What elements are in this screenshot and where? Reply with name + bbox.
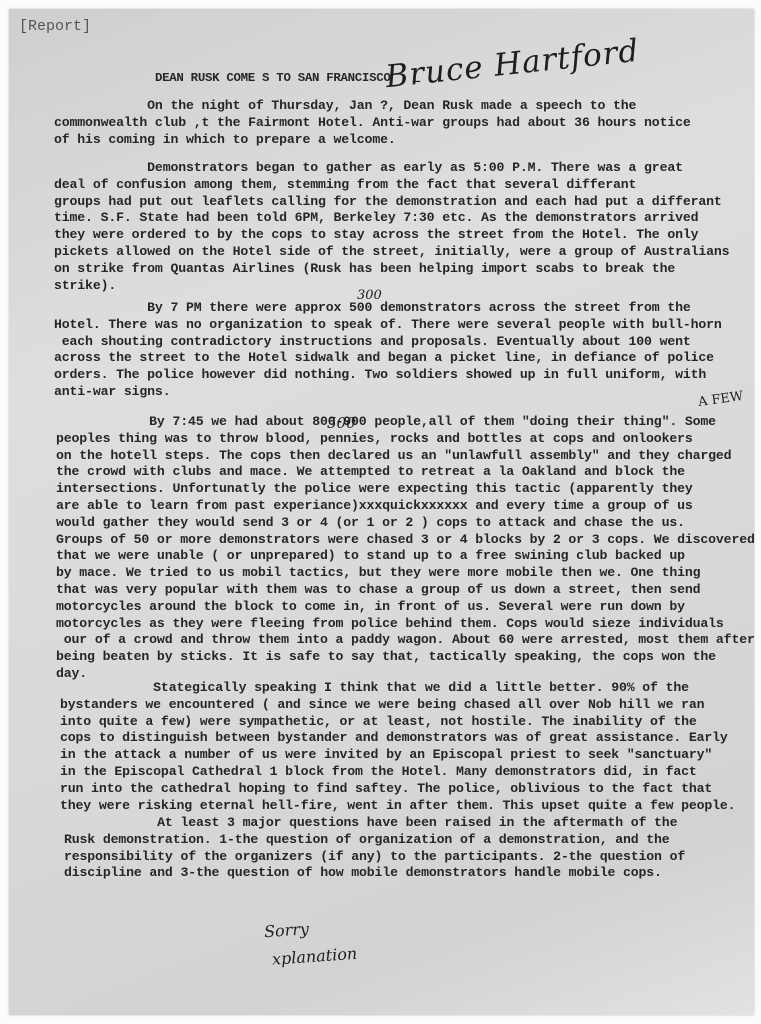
typed-line: discipline and 3-the question of how mob… [64, 865, 685, 882]
typed-line: On the night of Thursday, Jan ?, Dean Ru… [54, 98, 691, 115]
paragraph-intro: On the night of Thursday, Jan ?, Dean Ru… [54, 98, 691, 148]
report-label: [Report] [19, 18, 91, 35]
typed-line: by mace. We tried to us mobil tactics, b… [56, 565, 755, 582]
typed-line: on strike from Quantas Airlines (Rusk ha… [54, 261, 729, 278]
typed-line: each shouting contradictory instructions… [54, 334, 722, 351]
typed-line: At least 3 major questions have been rai… [64, 815, 685, 832]
typed-line: our of a crowd and throw them into a pad… [56, 632, 755, 649]
typed-line: that was very popular with them was to c… [56, 582, 755, 599]
paragraph-gathering: Demonstrators began to gather as early a… [54, 160, 729, 294]
typed-line: strike). [54, 278, 729, 295]
typed-line: Hotel. There was no organization to spea… [54, 317, 722, 334]
typed-line: on the hotell steps. The cops then decla… [56, 448, 755, 465]
typed-line: Rusk demonstration. 1-the question of or… [64, 832, 685, 849]
typed-line: in the attack a number of us were invite… [60, 747, 735, 764]
typed-line: in the Episcopal Cathedral 1 block from … [60, 764, 735, 781]
typed-line: commonwealth club ,t the Fairmont Hotel.… [54, 115, 691, 132]
typed-line: of his coming in which to prepare a welc… [54, 132, 691, 149]
handwritten-correction-500: 500 [327, 414, 356, 432]
typed-line: Demonstrators began to gather as early a… [54, 160, 729, 177]
typed-line: are able to learn from past experiance)x… [56, 498, 755, 515]
typed-line: motorcycles as they were fleeing from po… [56, 616, 755, 633]
paragraph-7pm: By 7 PM there were approx 500 demonstrat… [54, 300, 722, 401]
typed-line: pickets allowed on the Hotel side of the… [54, 244, 729, 261]
handwritten-margin-note: Sorry xplanation [263, 912, 358, 974]
typed-line: into quite a few) were sympathetic, or a… [60, 714, 735, 731]
typed-line: that we were unable ( or unprepared) to … [56, 548, 755, 565]
paragraph-questions: At least 3 major questions have been rai… [64, 815, 685, 882]
typed-line: time. S.F. State had been told 6PM, Berk… [54, 210, 729, 227]
typed-line: deal of confusion among them, stemming f… [54, 177, 729, 194]
typed-line: anti-war signs. [54, 384, 722, 401]
paragraph-strategic: Stategically speaking I think that we di… [60, 680, 735, 814]
typed-line: cops to distinguish between bystander an… [60, 730, 735, 747]
typed-line: motorcycles around the block to come in,… [56, 599, 755, 616]
typed-line: Stategically speaking I think that we di… [60, 680, 735, 697]
typed-line: orders. The police however did nothing. … [54, 367, 722, 384]
typed-line: bystanders we encountered ( and since we… [60, 697, 735, 714]
typed-line: the crowd with clubs and mace. We attemp… [56, 464, 755, 481]
typed-line: run into the cathedral hoping to find sa… [60, 781, 735, 798]
typed-line: being beaten by sticks. It is safe to sa… [56, 649, 755, 666]
typed-line: Groups of 50 or more demonstrators were … [56, 532, 755, 549]
typed-line: they were risking eternal hell-fire, wen… [60, 798, 735, 815]
handwritten-correction-300: 300 [357, 288, 382, 303]
typed-line: By 7 PM there were approx 500 demonstrat… [54, 300, 722, 317]
typed-line: By 7:45 we had about 800-900 people,all … [56, 414, 755, 431]
paragraph-745pm: By 7:45 we had about 800-900 people,all … [56, 414, 755, 683]
typed-line: peoples thing was to throw blood, pennie… [56, 431, 755, 448]
typed-line: groups had put out leaflets calling for … [54, 194, 729, 211]
typed-line: intersections. Unfortunatly the police w… [56, 481, 755, 498]
typed-line: they were ordered to by the cops to stay… [54, 227, 729, 244]
typed-line: responsibility of the organizers (if any… [64, 849, 685, 866]
typed-line: would gather they would send 3 or 4 (or … [56, 515, 755, 532]
document-title: DEAN RUSK COME S TO SAN FRANCISCO [155, 70, 390, 87]
typed-line: across the street to the Hotel sidwalk a… [54, 350, 722, 367]
